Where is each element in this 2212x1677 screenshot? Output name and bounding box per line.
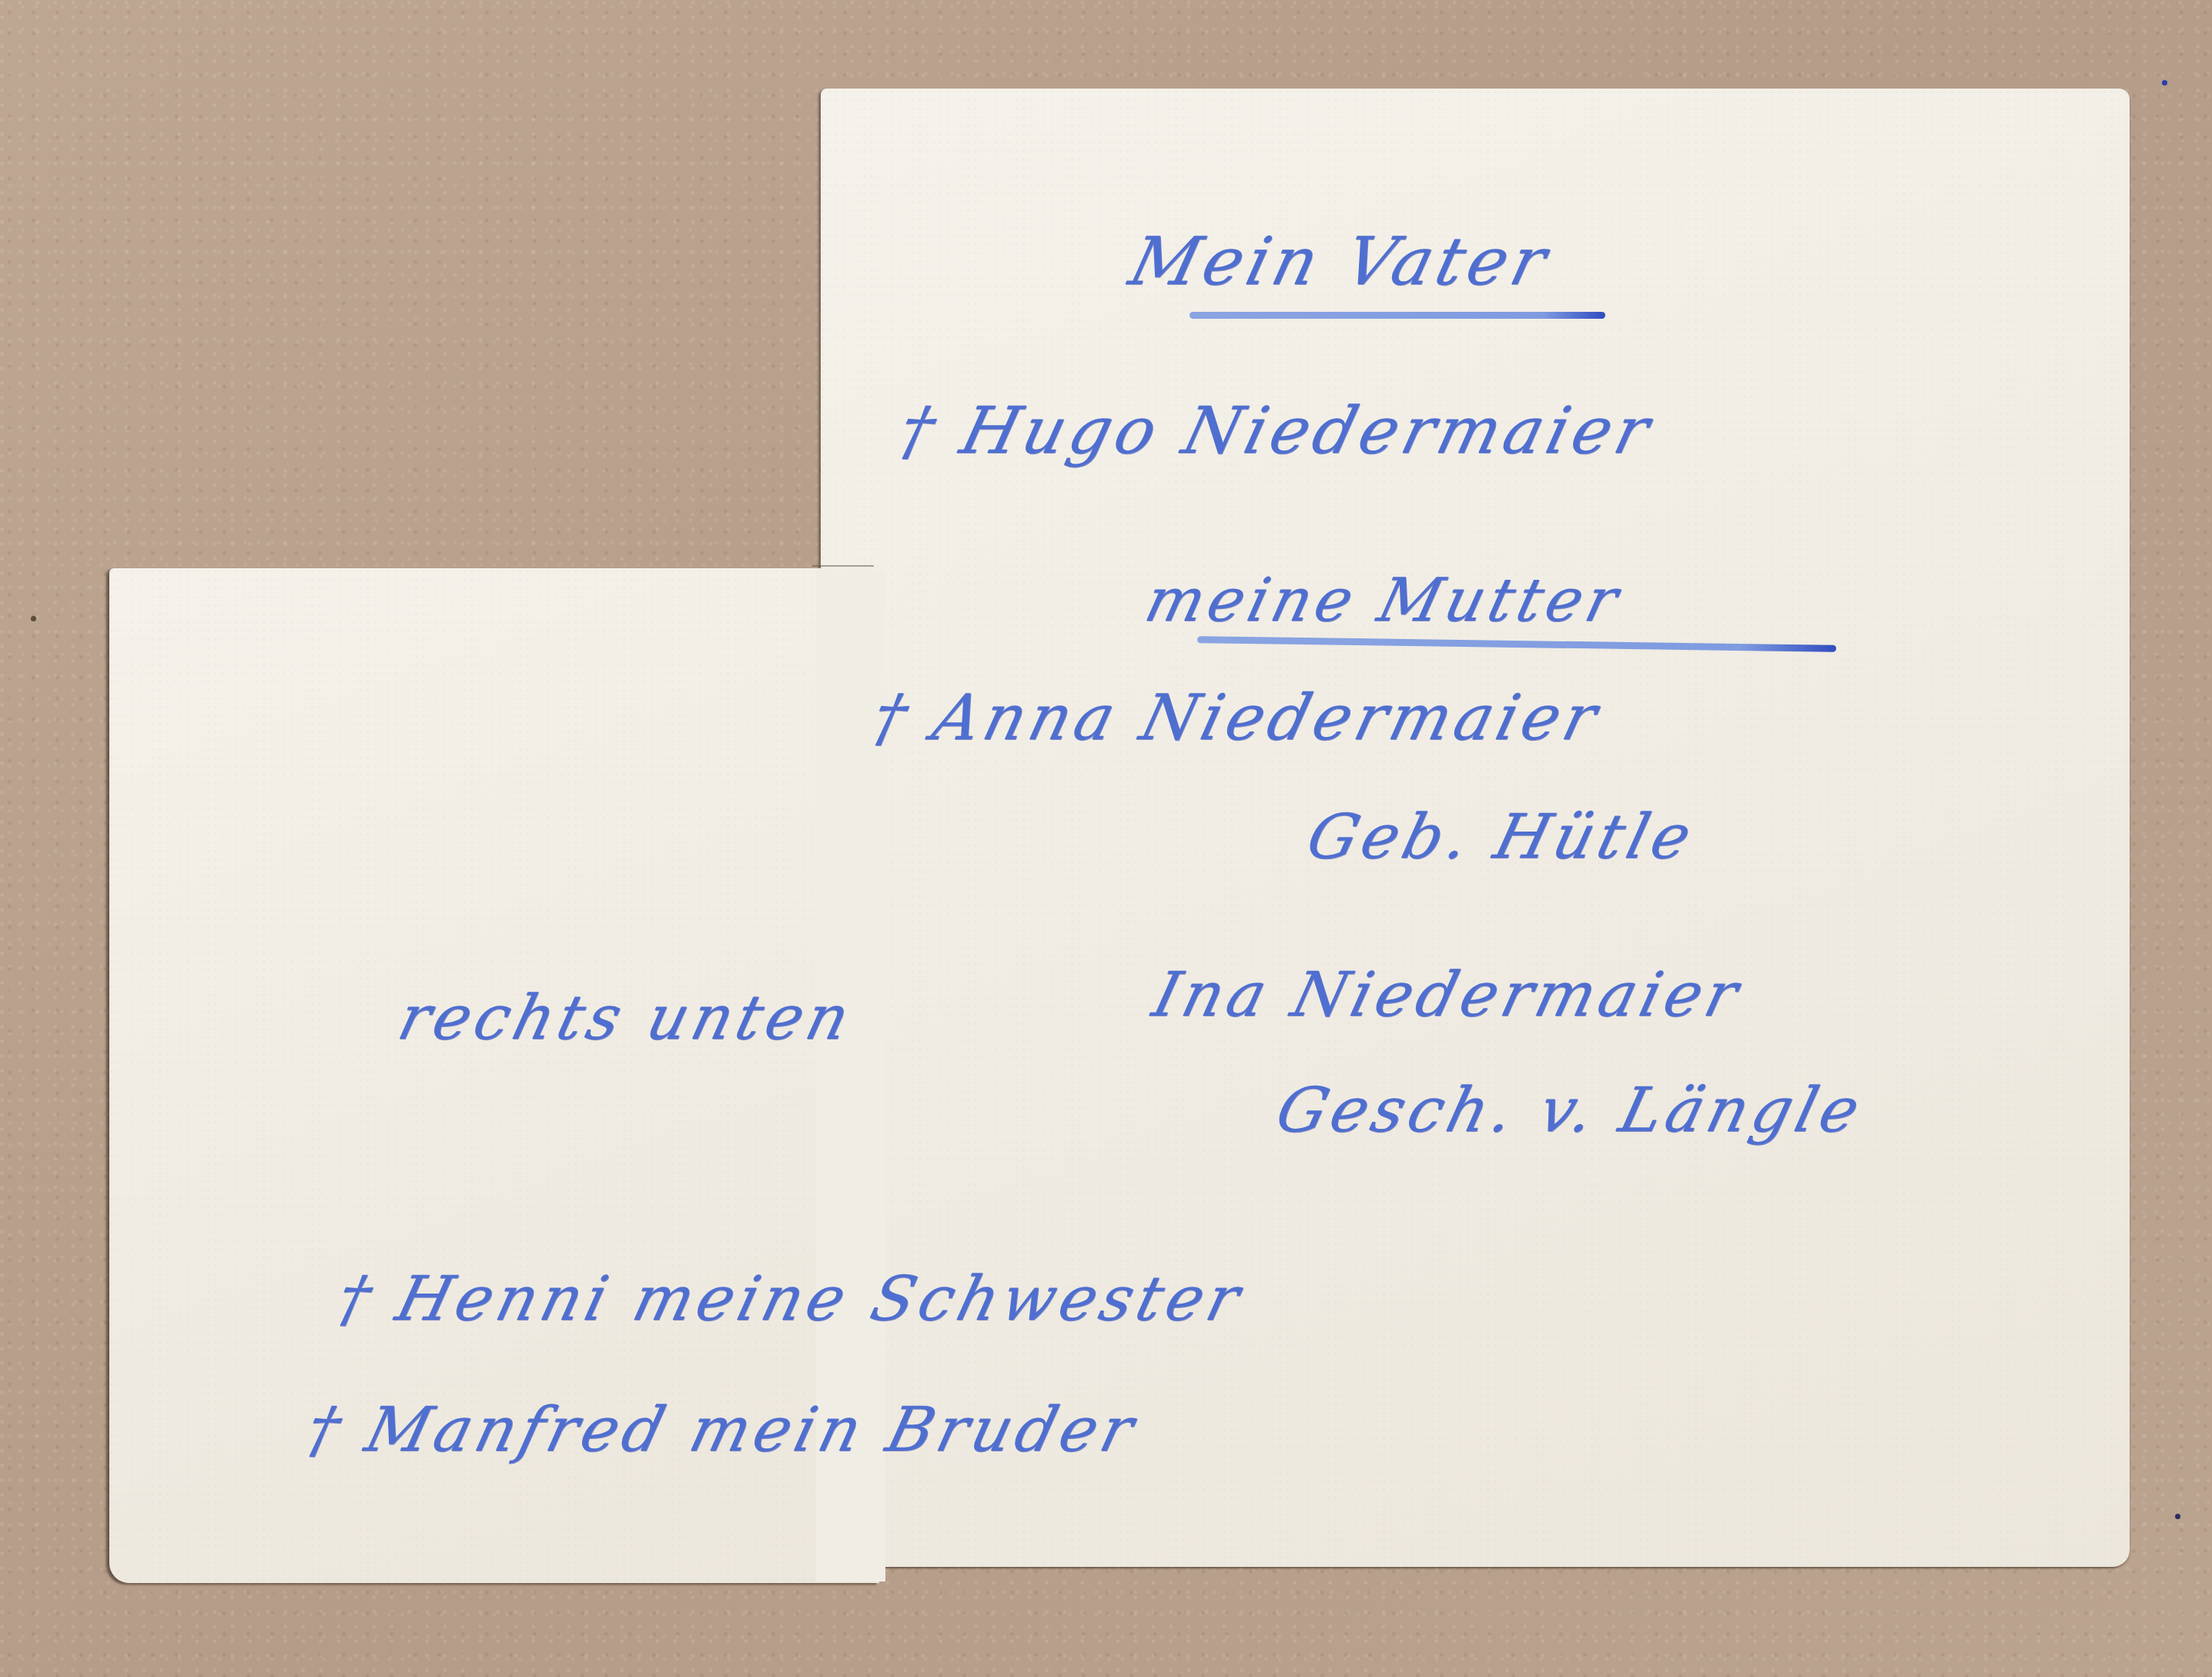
underline-father	[1190, 312, 1605, 319]
ink-speck	[2175, 1514, 2180, 1519]
heading-father: Mein Vater	[1123, 223, 1558, 300]
dirt-speck	[31, 616, 36, 621]
heading-mother: meine Mutter	[1139, 566, 1629, 635]
card-edge-line	[812, 565, 874, 567]
person-note: Gesch. v. Längle	[1269, 1074, 1871, 1146]
position-note: rechts unten	[391, 982, 861, 1053]
father-name: † Hugo Niedermaier	[892, 393, 1662, 468]
brother-line: † Manfred mein Bruder	[299, 1394, 1145, 1465]
sister-line: † Henni meine Schwester	[330, 1263, 1251, 1334]
mother-maiden-name: Geb. Hütle	[1300, 801, 1702, 872]
person-name: Ina Niedermaier	[1146, 959, 1749, 1030]
ink-speck	[2162, 80, 2167, 85]
mother-name: † Anna Niedermaier	[865, 681, 1608, 755]
